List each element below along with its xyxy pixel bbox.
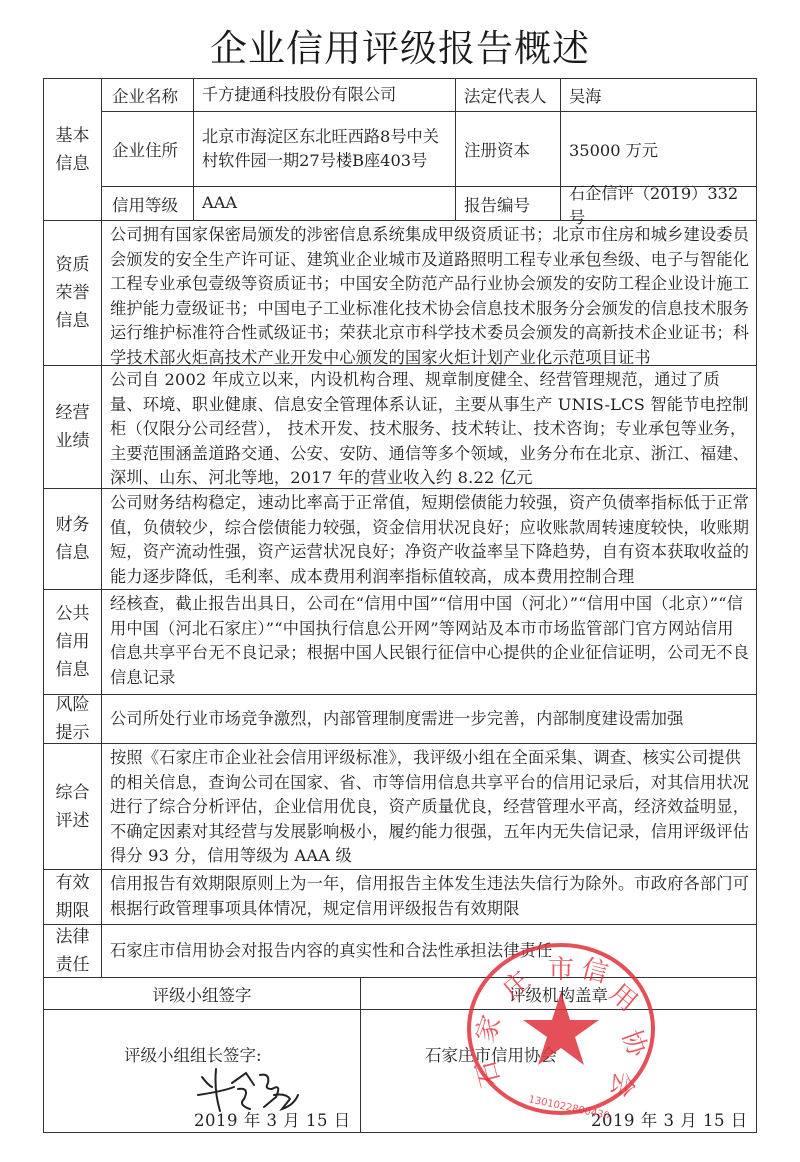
field-label: 企业名称 <box>102 79 194 111</box>
credit-rating: AAA <box>194 187 456 220</box>
category-text: 风险提示 <box>55 691 91 747</box>
category-text: 资质荣誉信息 <box>55 251 91 335</box>
legal-section: 法律责任 石家庄市信用协会对报告内容的真实性和合法性承担法律责任 <box>44 924 756 977</box>
legal-representative: 吴海 <box>561 79 756 111</box>
basic-row-rating: 信用等级 AAA 报告编号 石企信评（2019）332 号 <box>102 186 756 220</box>
section-text: 经核查，截止报告出具日，公司在“信用中国”“信用中国（河北）”“信用中国（北京）… <box>102 590 756 694</box>
basic-row-name: 企业名称 千方捷通科技股份有限公司 法定代表人 吴海 <box>102 79 756 111</box>
report-table: 基本信息 企业名称 千方捷通科技股份有限公司 法定代表人 吴海 企业住所 北京市… <box>43 78 757 1133</box>
category-label: 经营业绩 <box>44 366 102 488</box>
category-label: 基本信息 <box>44 79 102 220</box>
category-label: 有效期限 <box>44 870 102 924</box>
organization-seal: 评级机构盖章 石家庄市信用协会 2019 年 3 月 15 日 <box>361 978 756 1132</box>
seal-date: 2019 年 3 月 15 日 <box>591 1107 748 1131</box>
category-text: 财务信息 <box>55 511 91 567</box>
risk-section: 风险提示 公司所处行业市场竞争激烈，内部管理制度需进一步完善，内部制度建设需加强 <box>44 694 756 743</box>
category-label: 财务信息 <box>44 489 102 589</box>
category-text: 公共信用信息 <box>55 600 91 684</box>
category-text: 法律责任 <box>55 923 91 979</box>
qualification-section: 资质荣誉信息 公司拥有国家保密局颁发的涉密信息系统集成甲级资质证书；北京市住房和… <box>44 220 756 365</box>
rating-team-signature: 评级小组签字 评级小组组长签字: 2019 年 3 月 15 日 <box>44 978 361 1132</box>
seal-header: 评级机构盖章 <box>361 978 756 1010</box>
signature-header: 评级小组签字 <box>44 978 360 1010</box>
page-title: 企业信用评级报告概述 <box>0 18 800 72</box>
category-label: 综合评述 <box>44 744 102 869</box>
section-text: 公司所处行业市场竞争激烈，内部管理制度需进一步完善，内部制度建设需加强 <box>102 695 756 743</box>
section-text: 信用报告有效期限原则上为一年，信用报告主体发生违法失信行为除外。市政府各部门可根… <box>102 870 756 924</box>
field-label: 法定代表人 <box>456 79 561 111</box>
category-text: 经营业绩 <box>55 399 91 455</box>
section-text: 公司自 2002 年成立以来，内设机构合理、规章制度健全、经营管理规范，通过了质… <box>102 366 756 488</box>
summary-section: 综合评述 按照《石家庄市企业社会信用评级标准》，我评级小组在全面采集、调查、核实… <box>44 743 756 869</box>
registered-capital: 35000 万元 <box>561 112 756 186</box>
category-text: 综合评述 <box>55 779 91 835</box>
company-address: 北京市海淀区东北旺西路8号中关村软件园一期27号楼B座403号 <box>194 112 456 186</box>
category-text: 有效期限 <box>55 869 91 925</box>
field-label: 信用等级 <box>102 187 194 220</box>
business-performance-section: 经营业绩 公司自 2002 年成立以来，内设机构合理、规章制度健全、经营管理规范… <box>44 365 756 488</box>
field-label: 注册资本 <box>456 112 561 186</box>
validity-section: 有效期限 信用报告有效期限原则上为一年，信用报告主体发生违法失信行为除外。市政府… <box>44 869 756 924</box>
section-text: 石家庄市信用协会对报告内容的真实性和合法性承担法律责任 <box>102 925 756 977</box>
field-label: 企业住所 <box>102 112 194 186</box>
section-text: 公司财务结构稳定，速动比率高于正常值，短期偿债能力较强，资产负债率指标低于正常值… <box>102 489 756 589</box>
company-name: 千方捷通科技股份有限公司 <box>194 79 456 111</box>
signature-date: 2019 年 3 月 15 日 <box>194 1107 351 1131</box>
basic-row-address: 企业住所 北京市海淀区东北旺西路8号中关村软件园一期27号楼B座403号 注册资… <box>102 111 756 186</box>
basic-info-section: 基本信息 企业名称 千方捷通科技股份有限公司 法定代表人 吴海 企业住所 北京市… <box>44 79 756 220</box>
category-text: 基本信息 <box>55 122 91 178</box>
signature-section: 评级小组签字 评级小组组长签字: 2019 年 3 月 15 日 评级机构盖章 … <box>44 977 756 1132</box>
section-text: 公司拥有国家保密局颁发的涉密信息系统集成甲级资质证书；北京市住房和城乡建设委员会… <box>102 221 756 365</box>
category-label: 资质荣誉信息 <box>44 221 102 365</box>
financial-section: 财务信息 公司财务结构稳定，速动比率高于正常值，短期偿债能力较强，资产负债率指标… <box>44 488 756 589</box>
field-label: 报告编号 <box>456 187 561 220</box>
category-label: 公共信用信息 <box>44 590 102 694</box>
organization-name: 石家庄市信用协会 <box>425 1042 557 1066</box>
category-label: 法律责任 <box>44 925 102 977</box>
category-label: 风险提示 <box>44 695 102 743</box>
report-number: 石企信评（2019）332 号 <box>561 187 756 220</box>
section-text: 按照《石家庄市企业社会信用评级标准》，我评级小组在全面采集、调查、核实公司提供的… <box>102 744 756 869</box>
leader-signature-label: 评级小组组长签字: <box>124 1042 262 1066</box>
public-credit-section: 公共信用信息 经核查，截止报告出具日，公司在“信用中国”“信用中国（河北）”“信… <box>44 589 756 694</box>
